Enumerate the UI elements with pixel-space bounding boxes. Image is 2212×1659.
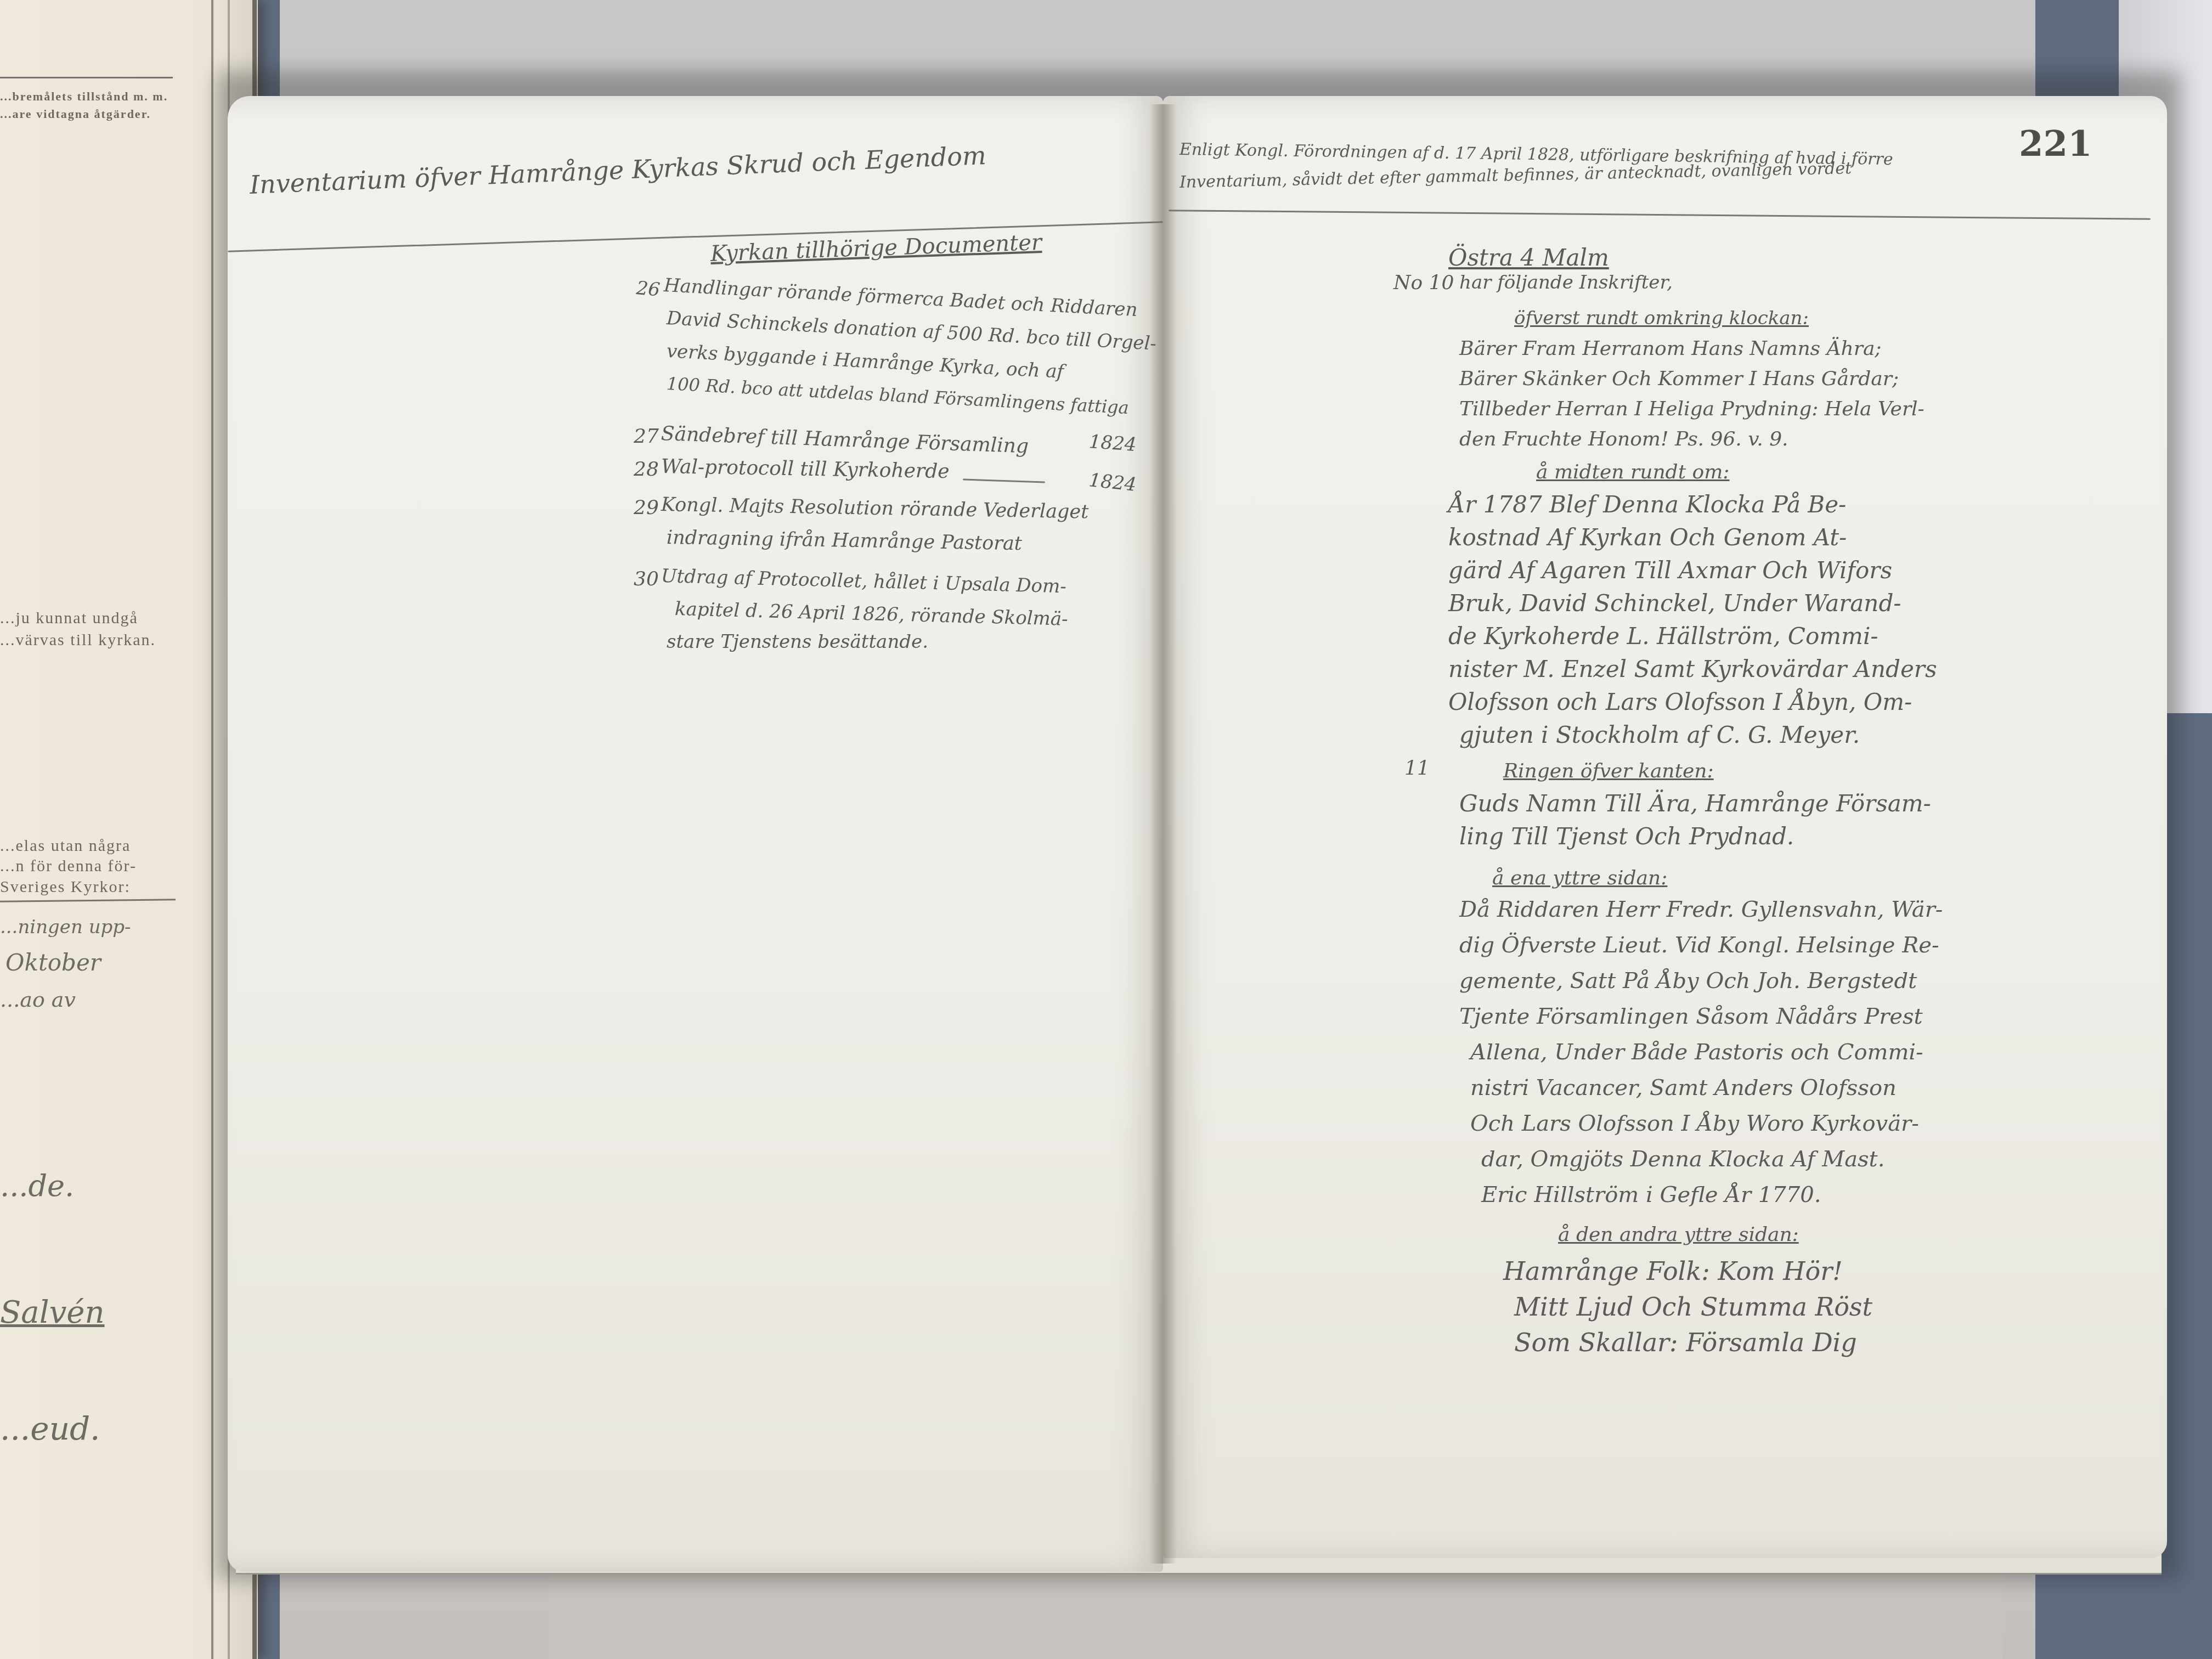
form-rule — [0, 77, 173, 78]
inscription-line: År 1787 Blef Denna Klocka På Be- — [1448, 491, 1846, 518]
entry-number: 27 — [634, 425, 659, 448]
inscription-line: Mitt Ljud Och Stumma Röst — [1514, 1292, 1872, 1322]
inscription-line: gemente, Satt På Åby Och Joh. Bergstedt — [1459, 968, 1917, 994]
inscription-line: Tjente Församlingen Såsom Nådårs Prest — [1459, 1004, 1923, 1029]
inscription-heading: öfverst rundt omkring klockan: — [1514, 307, 1809, 329]
printed-line: ...ju kunnat undgå — [0, 609, 138, 628]
section-heading-bells: Östra 4 Malm — [1448, 244, 1609, 271]
inscription-heading: å ena yttre sidan: — [1492, 867, 1667, 889]
printed-line: ...bremålets tillstånd m. m. — [0, 89, 168, 104]
inscription-line: Guds Namn Till Ära, Hamrånge Försam- — [1459, 790, 1931, 817]
bell-intro: har följande Inskrifter, — [1459, 272, 1673, 294]
inscription-line: Tillbeder Herran I Heliga Prydning: Hela… — [1459, 398, 1925, 420]
entry-line: kapitel d. 26 April 1826, rörande Skolmä… — [674, 598, 1068, 630]
bell-number: 11 — [1404, 757, 1430, 780]
inscription-heading: Ringen öfver kanten: — [1503, 760, 1714, 782]
entry-year: 1824 — [1088, 469, 1137, 496]
printed-line: ...are vidtagna åtgärder. — [0, 107, 151, 121]
entry-number: 28 — [634, 458, 659, 481]
handwritten-fragment: ...de. — [0, 1169, 74, 1203]
inscription-line: Som Skallar: Församla Dig — [1514, 1328, 1857, 1357]
entry-number: 26 — [635, 277, 661, 301]
printed-line: ...elas utan några — [0, 837, 131, 855]
inscription-line: de Kyrkoherde L. Hällström, Commi- — [1448, 623, 1878, 650]
handwritten-fragment: ...eud. — [0, 1410, 100, 1447]
entry-number: 30 — [634, 568, 659, 590]
printed-line: ...värvas till kyrkan. — [0, 631, 156, 650]
inscription-line: Eric Hillström i Gefle År 1770. — [1481, 1182, 1821, 1207]
inscription-heading: å den andra yttre sidan: — [1558, 1223, 1799, 1246]
inscription-line: gjuten i Stockholm af C. G. Meyer. — [1459, 721, 1860, 748]
inscription-line: Hamrånge Folk: Kom Hör! — [1503, 1256, 1843, 1286]
bell-number: No 10 — [1393, 272, 1454, 294]
inscription-line: Bruk, David Schinckel, Under Warand- — [1448, 590, 1901, 617]
entry-line: Utdrag af Protocollet, hållet i Upsala D… — [661, 565, 1066, 597]
inscription-line: Bärer Skänker Och Kommer I Hans Gårdar; — [1459, 368, 1899, 390]
handwritten-fragment: ...ao av — [0, 988, 76, 1012]
entry-line: Wal-protocoll till Kyrkoherde — [661, 455, 950, 483]
inscription-line: Och Lars Olofsson I Åby Woro Kyrkovär- — [1470, 1111, 1919, 1136]
form-rule — [0, 899, 176, 902]
ledger-title: Inventarium öfver Hamrånge Kyrkas Skrud … — [249, 140, 987, 200]
signature-salven: Salvén — [0, 1295, 105, 1330]
sheet-edge — [211, 0, 213, 1659]
left-page: Inventarium öfver Hamrånge Kyrkas Skrud … — [228, 96, 1163, 1572]
header-rule — [1169, 210, 2151, 220]
inscription-line: dar, Omgjöts Denna Klocka Af Mast. — [1481, 1147, 1884, 1172]
inscription-line: dig Öfverste Lieut. Vid Kongl. Helsinge … — [1459, 933, 1939, 958]
inscription-line: ling Till Tjenst Och Prydnad. — [1459, 823, 1794, 850]
handwritten-fragment: Oktober — [5, 949, 101, 976]
right-page: 221 Enligt Kongl. Förordningen af d. 17 … — [1163, 96, 2167, 1558]
inscription-line: gärd Af Agaren Till Axmar Och Wifors — [1448, 557, 1892, 584]
inscription-heading: å midten rundt om: — [1536, 461, 1729, 483]
entry-number: 29 — [634, 496, 659, 519]
entry-line: indragning ifrån Hamrånge Pastorat — [667, 527, 1023, 555]
dash-rule — [963, 478, 1045, 483]
inscription-line: den Fruchte Honom! Ps. 96. v. 9. — [1459, 428, 1788, 450]
entry-line: stare Tjenstens besättande. — [667, 631, 928, 653]
page-number: 221 — [2019, 123, 2092, 165]
entry-year: 1824 — [1088, 431, 1137, 456]
inscription-line: Allena, Under Både Pastoris och Commi- — [1470, 1040, 1923, 1065]
entry-line: Sändebref till Hamrånge Församling — [661, 422, 1029, 458]
printed-line: ...n för denna för- — [0, 857, 137, 876]
handwritten-fragment: ...ningen upp- — [0, 916, 131, 938]
inscription-line: nister M. Enzel Samt Kyrkovärdar Anders — [1448, 656, 1937, 682]
entry-line: Kongl. Majts Resolution rörande Vederlag… — [661, 494, 1089, 523]
printed-line: Sveriges Kyrkor: — [0, 878, 131, 896]
inscription-line: Bärer Fram Herranom Hans Namns Ähra; — [1459, 337, 1881, 360]
inscription-line: nistri Vacancer, Samt Anders Olofsson — [1470, 1075, 1897, 1101]
book-gutter — [1149, 104, 1177, 1564]
inscription-line: kostnad Af Kyrkan Och Genom At- — [1448, 524, 1847, 551]
inscription-line: Olofsson och Lars Olofsson I Åbyn, Om- — [1448, 689, 1912, 715]
inscription-line: Då Riddaren Herr Fredr. Gyllensvahn, Wär… — [1459, 897, 1943, 922]
